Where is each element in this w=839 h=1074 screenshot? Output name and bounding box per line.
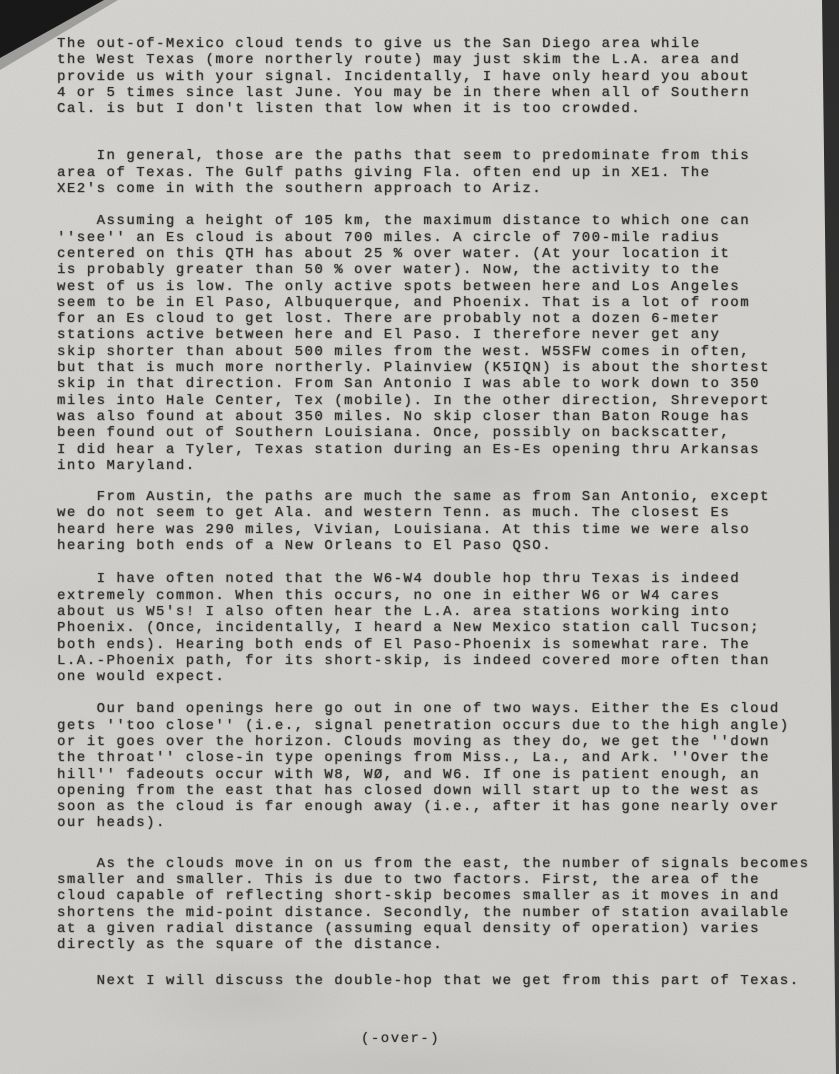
paragraph-gulf-paths: In general, those are the paths that see…	[57, 148, 835, 197]
letter-body: The out-of-Mexico cloud tends to give us…	[57, 36, 835, 989]
paragraph-double-hop: I have often noted that the W6-W4 double…	[57, 571, 835, 685]
paragraph-es-cloud-range: Assuming a height of 105 km, the maximum…	[57, 213, 835, 474]
page-over-marker: (-over-)	[361, 1031, 440, 1047]
paragraph-clouds-east: As the clouds move in on us from the eas…	[57, 856, 835, 954]
paragraph-band-openings: Our band openings here go out in one of …	[57, 701, 835, 831]
scanned-letter-page: The out-of-Mexico cloud tends to give us…	[0, 0, 839, 1074]
paragraph-austin-paths: From Austin, the paths are much the same…	[57, 489, 835, 554]
paragraph-next-topic: Next I will discuss the double-hop that …	[57, 973, 835, 989]
paragraph-mexico-cloud: The out-of-Mexico cloud tends to give us…	[57, 36, 835, 117]
